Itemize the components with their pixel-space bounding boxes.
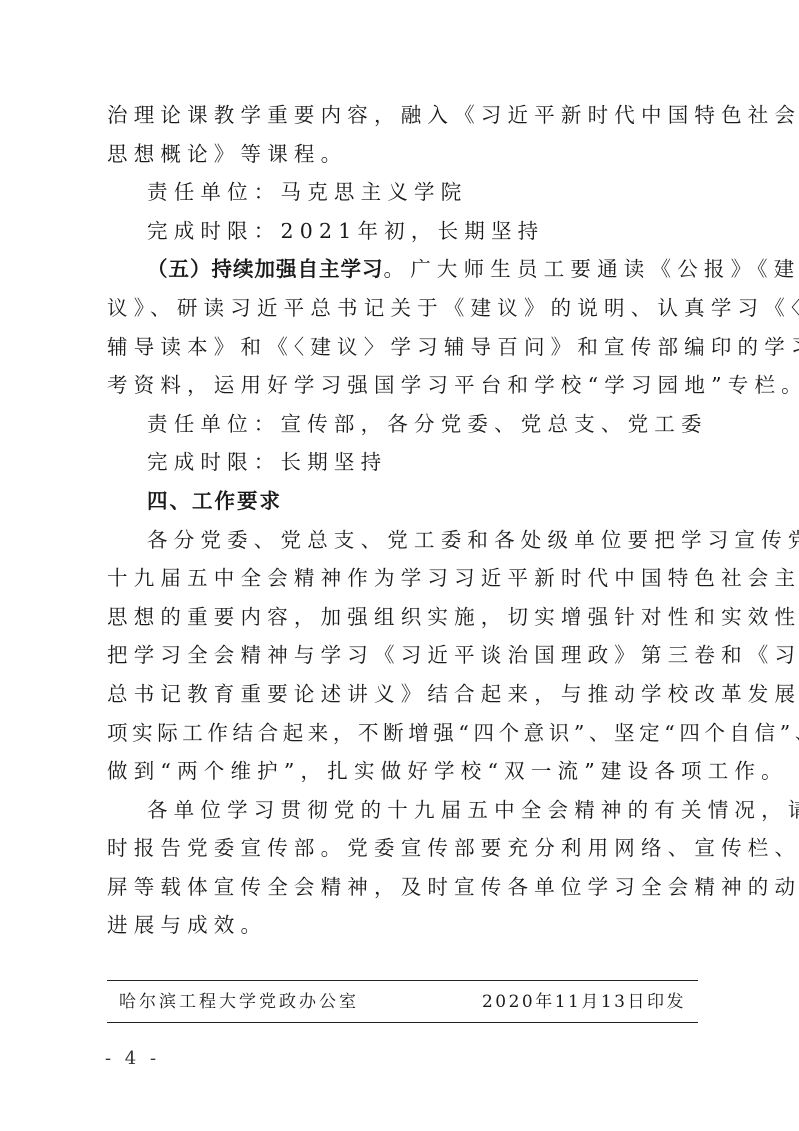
paragraph-line: 把学习全会精神与学习《习近平谈治国理政》第三卷和《习近平 xyxy=(107,636,701,675)
paragraph-line: 屏等载体宣传全会精神，及时宣传各单位学习全会精神的动态、 xyxy=(107,868,701,907)
paragraph-line: 各单位学习贯彻党的十九届五中全会精神的有关情况，请及 xyxy=(107,791,701,830)
paragraph-line: 总书记教育重要论述讲义》结合起来，与推动学校改革发展的各 xyxy=(107,675,701,714)
section-4-heading: 四、工作要求 xyxy=(107,482,701,521)
text-line: 议》、研读习近平总书记关于《建议》的说明、认真学习《〈建议〉 xyxy=(107,289,701,328)
deadline: 完成时限：2021年初，长期坚持 xyxy=(107,212,701,251)
responsible-unit: 责任单位：宣传部，各分党委、党总支、党工委 xyxy=(107,405,701,444)
section-5-title: （五）持续加强自主学习 xyxy=(147,257,384,281)
issuer: 哈尔滨工程大学党政办公室 xyxy=(119,985,359,1019)
paragraph-line: 进展与成效。 xyxy=(107,906,701,945)
print-date: 2020年11月13日印发 xyxy=(482,985,686,1019)
deadline: 完成时限：长期坚持 xyxy=(107,443,701,482)
page-number: - 4 - xyxy=(105,1048,160,1069)
section-5-text: 。广大师生员工要通读《公报》《建 xyxy=(384,257,799,281)
paragraph-line: 做到“两个维护”，扎实做好学校“双一流”建设各项工作。 xyxy=(107,752,701,791)
footer-imprint: 哈尔滨工程大学党政办公室 2020年11月13日印发 xyxy=(107,985,698,1019)
paragraph-line: 项实际工作结合起来，不断增强“四个意识”、坚定“四个自信”、 xyxy=(107,714,701,753)
text-line: 考资料，运用好学习强国学习平台和学校“学习园地”专栏。 xyxy=(107,366,701,405)
paragraph-line: 时报告党委宣传部。党委宣传部要充分利用网络、宣传栏、电子 xyxy=(107,829,701,868)
footer-top-rule xyxy=(107,980,698,981)
paragraph-line: 十九届五中全会精神作为学习习近平新时代中国特色社会主义 xyxy=(107,559,701,598)
section-5-first-line: （五）持续加强自主学习。广大师生员工要通读《公报》《建 xyxy=(107,250,701,289)
paragraph-line: 各分党委、党总支、党工委和各处级单位要把学习宣传党的 xyxy=(107,521,701,560)
footer-bottom-rule xyxy=(107,1022,698,1023)
document-body: 治理论课教学重要内容，融入《习近平新时代中国特色社会主义 思想概论》等课程。 责… xyxy=(107,96,701,945)
text-line: 治理论课教学重要内容，融入《习近平新时代中国特色社会主义 xyxy=(107,96,701,135)
paragraph-line: 思想的重要内容，加强组织实施，切实增强针对性和实效性。要 xyxy=(107,598,701,637)
text-line: 辅导读本》和《〈建议〉学习辅导百问》和宣传部编印的学习参 xyxy=(107,328,701,367)
text-line: 思想概论》等课程。 xyxy=(107,135,701,174)
document-page: 治理论课教学重要内容，融入《习近平新时代中国特色社会主义 思想概论》等课程。 责… xyxy=(0,0,799,1131)
responsible-unit: 责任单位：马克思主义学院 xyxy=(107,173,701,212)
